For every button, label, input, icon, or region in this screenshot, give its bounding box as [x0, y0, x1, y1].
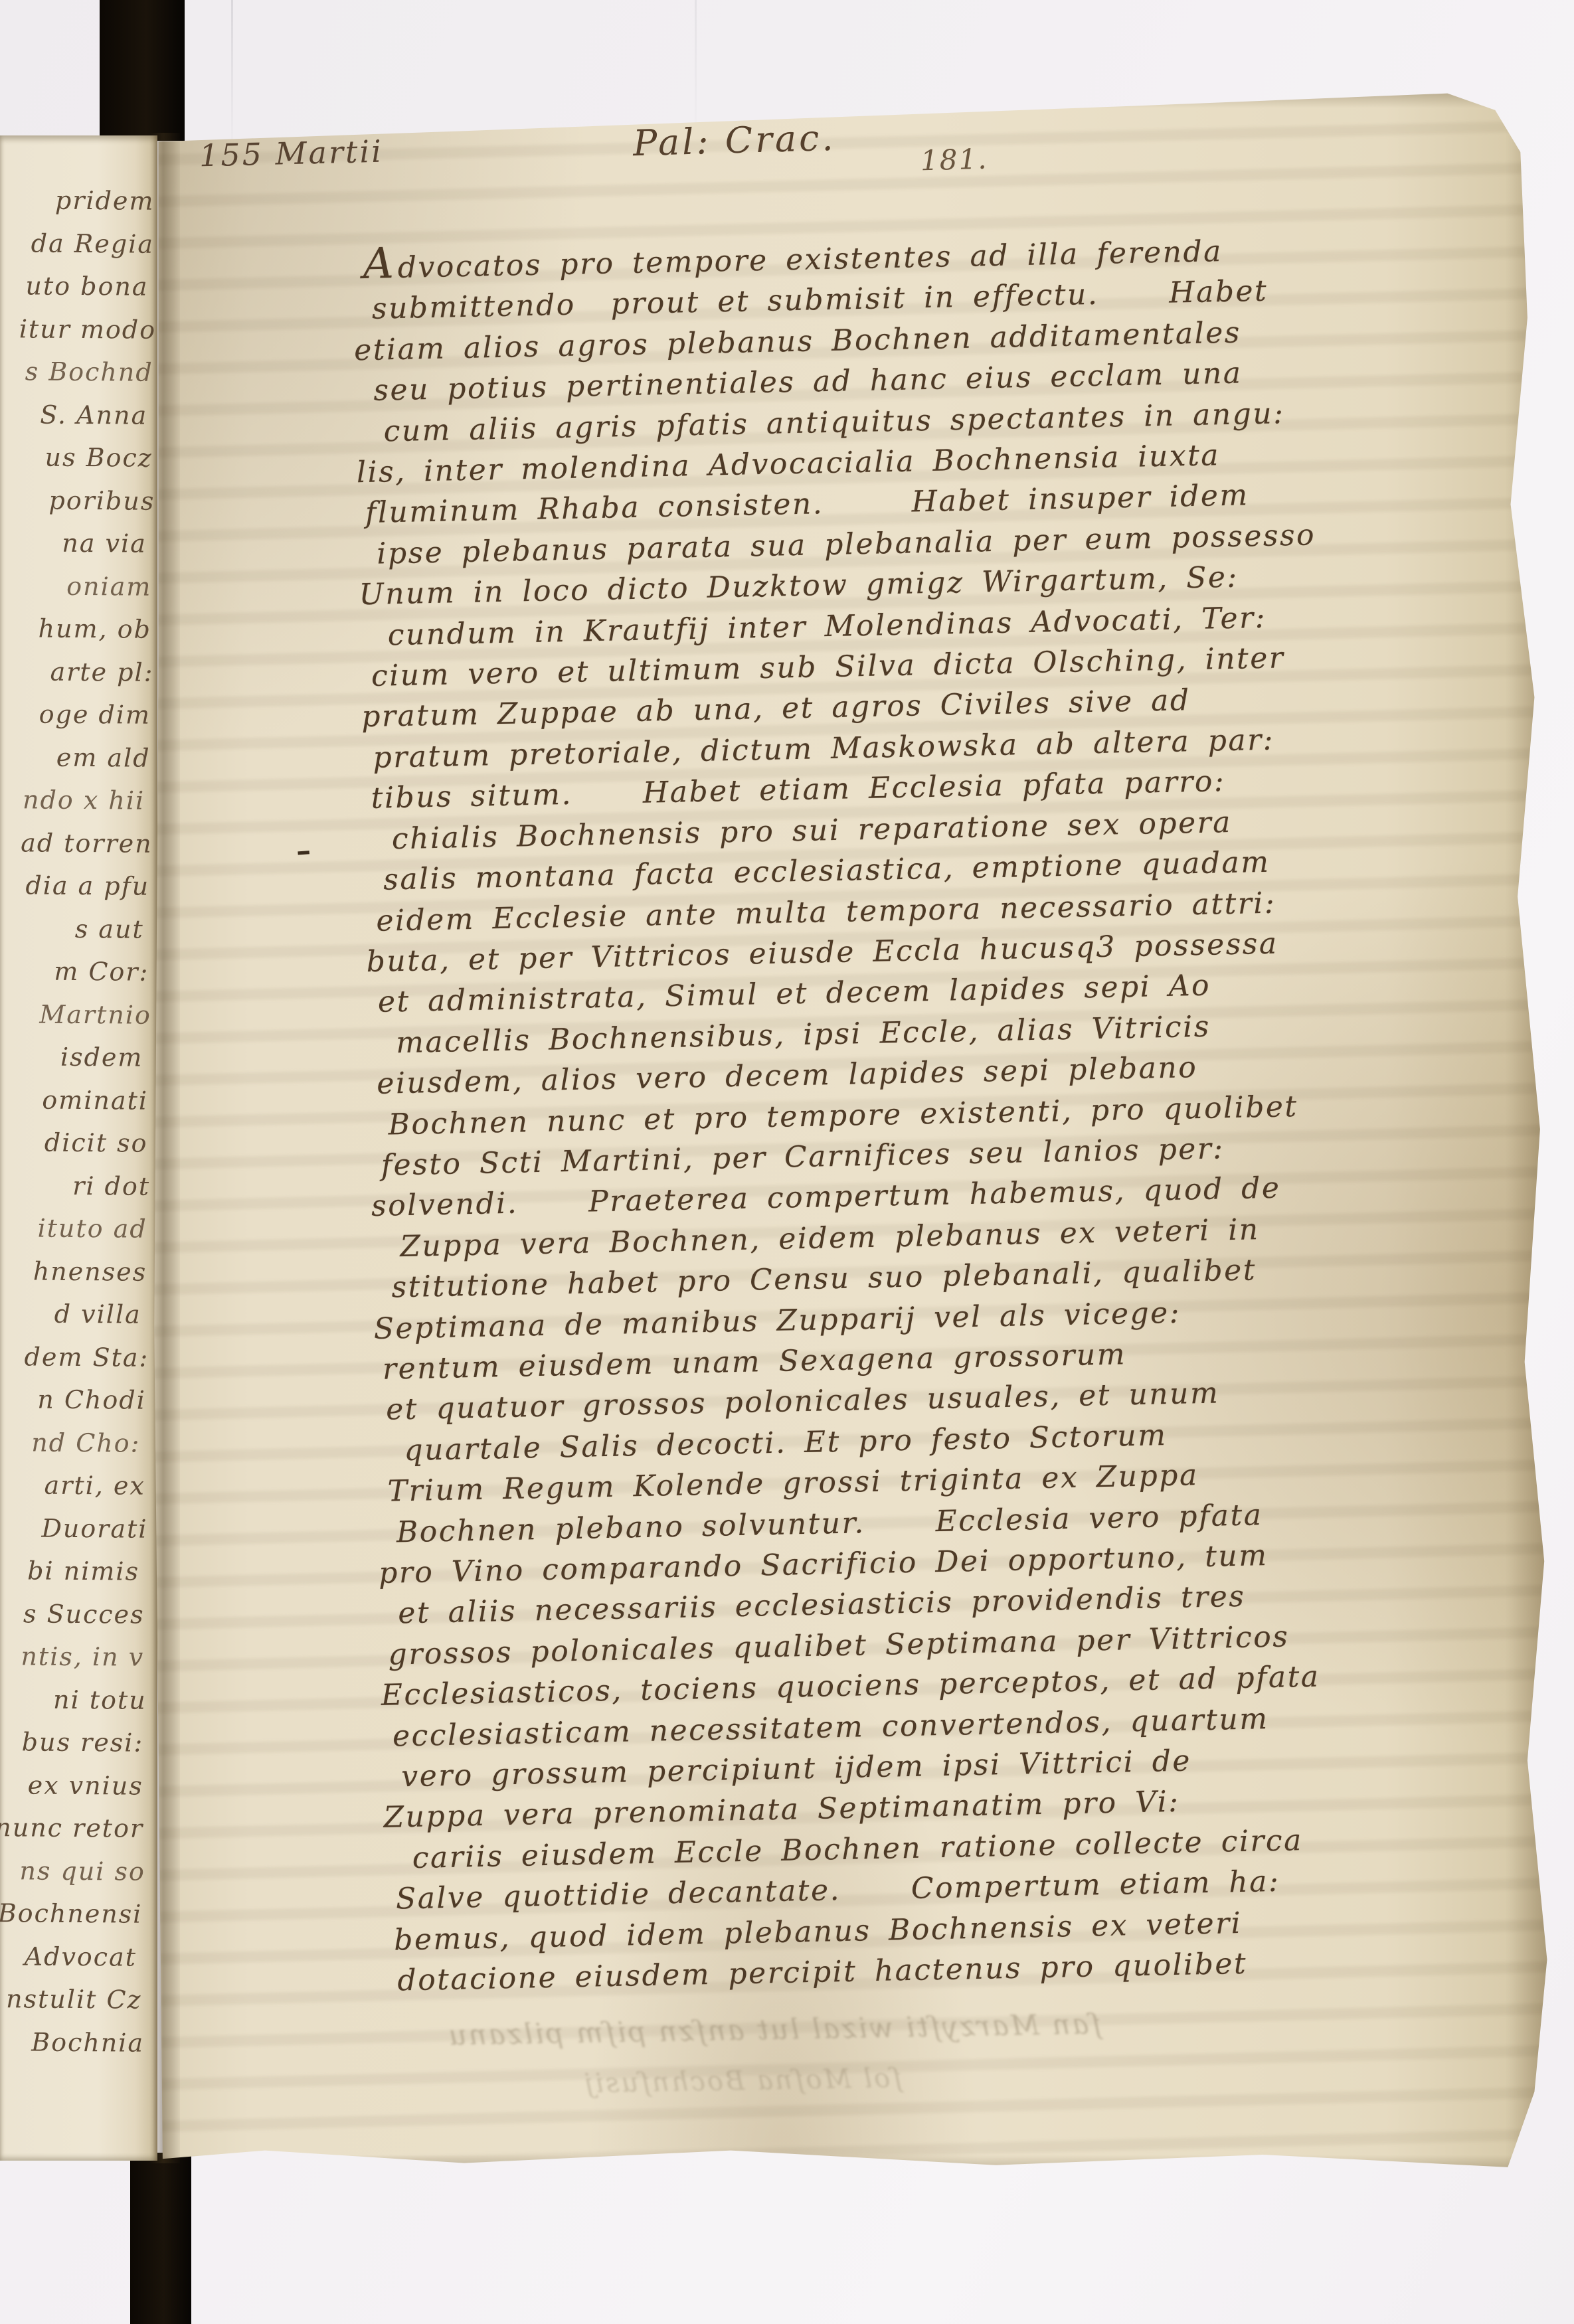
page-number: 181.: [920, 143, 988, 177]
text-fragment: d villa: [0, 1292, 141, 1336]
text-fragment: oge dim: [3, 693, 151, 736]
text-fragment: Martnio: [1, 993, 151, 1037]
text-fragment: ex vnius: [0, 1764, 143, 1807]
text-fragment: bi nimis: [0, 1549, 139, 1593]
text-fragment: da Regia: [6, 222, 154, 266]
text-fragment: poribus: [4, 479, 155, 523]
text-fragment: em ald: [2, 736, 150, 780]
text-fragment: Bochnensi: [0, 1892, 143, 1936]
text-fragment: dia a pfu: [1, 864, 149, 908]
facing-page-text-fragments: pridemda Regiauto bonaitur modos BochndS…: [0, 135, 157, 2064]
text-fragment: nd Cho:: [0, 1421, 141, 1465]
text-fragment: nunc retor: [0, 1806, 138, 1850]
margin-dash-mark: –: [295, 833, 312, 868]
facing-page-edge: pridemda Regiauto bonaitur modos BochndS…: [0, 135, 157, 2161]
binding-strip-bottom: [130, 2153, 191, 2324]
text-fragment: m Cor:: [1, 950, 149, 993]
text-fragment: ri dot: [0, 1164, 150, 1208]
text-fragment: bus resi:: [0, 1720, 143, 1764]
backing-sheet-crease: [231, 0, 233, 143]
text-fragment: hum, ob: [3, 607, 151, 651]
text-fragment: arti, ex: [0, 1463, 145, 1507]
text-fragment: ituto ad: [0, 1206, 147, 1250]
text-fragment: s aut: [1, 907, 144, 951]
binding-strip-top: [100, 0, 185, 141]
text-fragment: ominati: [0, 1078, 148, 1122]
text-fragment: ad torren: [1, 821, 152, 865]
text-fragment: ns qui so: [0, 1849, 145, 1893]
text-fragment: us Bocz: [5, 436, 153, 479]
text-fragment: nstulit Cz: [0, 1977, 142, 2021]
text-fragment: hnenses: [0, 1250, 147, 1293]
showthrough-line: ſol Moſna Bochnſusij: [437, 2063, 903, 2102]
text-fragment: ndo x hii: [2, 778, 145, 822]
header-date: 155 Martii: [199, 133, 383, 174]
text-fragment: uto bona: [5, 264, 148, 308]
text-fragment: S. Anna: [5, 393, 147, 437]
text-fragment: oniam: [3, 564, 151, 608]
text-fragment: dem Sta:: [0, 1335, 149, 1379]
showthrough-line: ſan Marzyſti wizal lut anſzn piſm pilzan…: [371, 2007, 1102, 2052]
text-fragment: s Succes: [0, 1592, 145, 1636]
text-fragment: ni totu: [0, 1678, 147, 1722]
text-fragment: pridem: [6, 179, 154, 222]
text-fragment: Bochnia: [0, 2021, 144, 2064]
manuscript-body: Advocatos pro tempore existentes ad illa…: [363, 222, 1487, 2001]
text-fragment: na via: [4, 521, 147, 565]
text-fragment: dicit so: [0, 1121, 148, 1165]
gutter-shadow: [149, 133, 180, 2163]
text-fragment: isdem: [0, 1035, 143, 1079]
text-fragment: ntis, in v: [0, 1635, 144, 1679]
scanned-manuscript: { "scan": { "header": { "date": "155 Mar…: [0, 0, 1574, 2324]
manuscript-page: 155 Martii Pal: Crac. 181. – Advocatos p…: [151, 85, 1554, 2182]
text-fragment: itur modo: [5, 307, 156, 351]
text-fragment: Advocat: [0, 1935, 137, 1979]
text-fragment: Duorati: [0, 1507, 148, 1550]
header-title: Pal: Crac.: [632, 117, 836, 165]
text-fragment: s Bochnd: [5, 350, 153, 394]
text-fragment: n Chodi: [0, 1378, 146, 1422]
text-fragment: arte pl:: [3, 650, 153, 694]
backing-sheet-crease: [695, 0, 697, 133]
